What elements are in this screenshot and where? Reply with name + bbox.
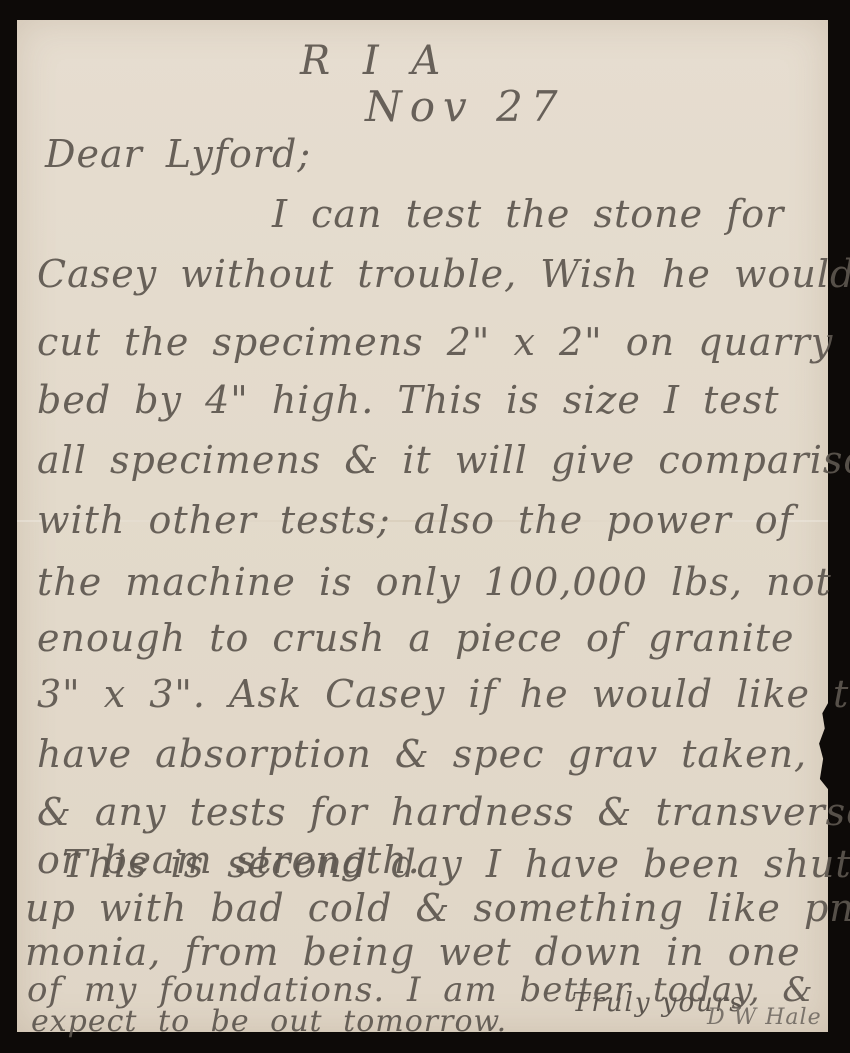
letter-line: monia, from being wet down in one [25, 930, 801, 974]
letter-line: cut the specimens 2" x 2" on quarry [37, 320, 833, 364]
letter-line: 3" x 3". Ask Casey if he would like to [37, 672, 850, 716]
letter-line: have absorption & spec grav taken, [37, 732, 807, 776]
letter-line: expect to be out tomorrow. [31, 1004, 507, 1039]
letter-line: all specimens & it will give comparison [37, 438, 850, 482]
letter-line: the machine is only 100,000 lbs, not [37, 560, 832, 604]
letter-line: This is second day I have been shut [62, 842, 850, 886]
letter-line: with other tests; also the power of [37, 498, 794, 542]
letter-line: & any tests for hardness & transverse [37, 790, 850, 834]
salutation: Dear Lyford; [45, 132, 311, 176]
letter-heading: R I A [300, 38, 450, 84]
scanned-letter: R I A Nov 27 Dear Lyford; I can test the… [0, 0, 850, 1053]
letter-line: up with bad cold & something like pneu- [25, 886, 850, 930]
letter-date: Nov 27 [365, 82, 566, 131]
letter-line: bed by 4" high. This is size I test [37, 378, 780, 422]
letter-line: Casey without trouble, Wish he would [37, 252, 850, 296]
letter-line: I can test the stone for [272, 192, 784, 236]
letter-body: R I A Nov 27 Dear Lyford; I can test the… [17, 20, 828, 1032]
signature: D W Hale [707, 1005, 822, 1030]
letter-line: enough to crush a piece of granite [37, 616, 795, 660]
